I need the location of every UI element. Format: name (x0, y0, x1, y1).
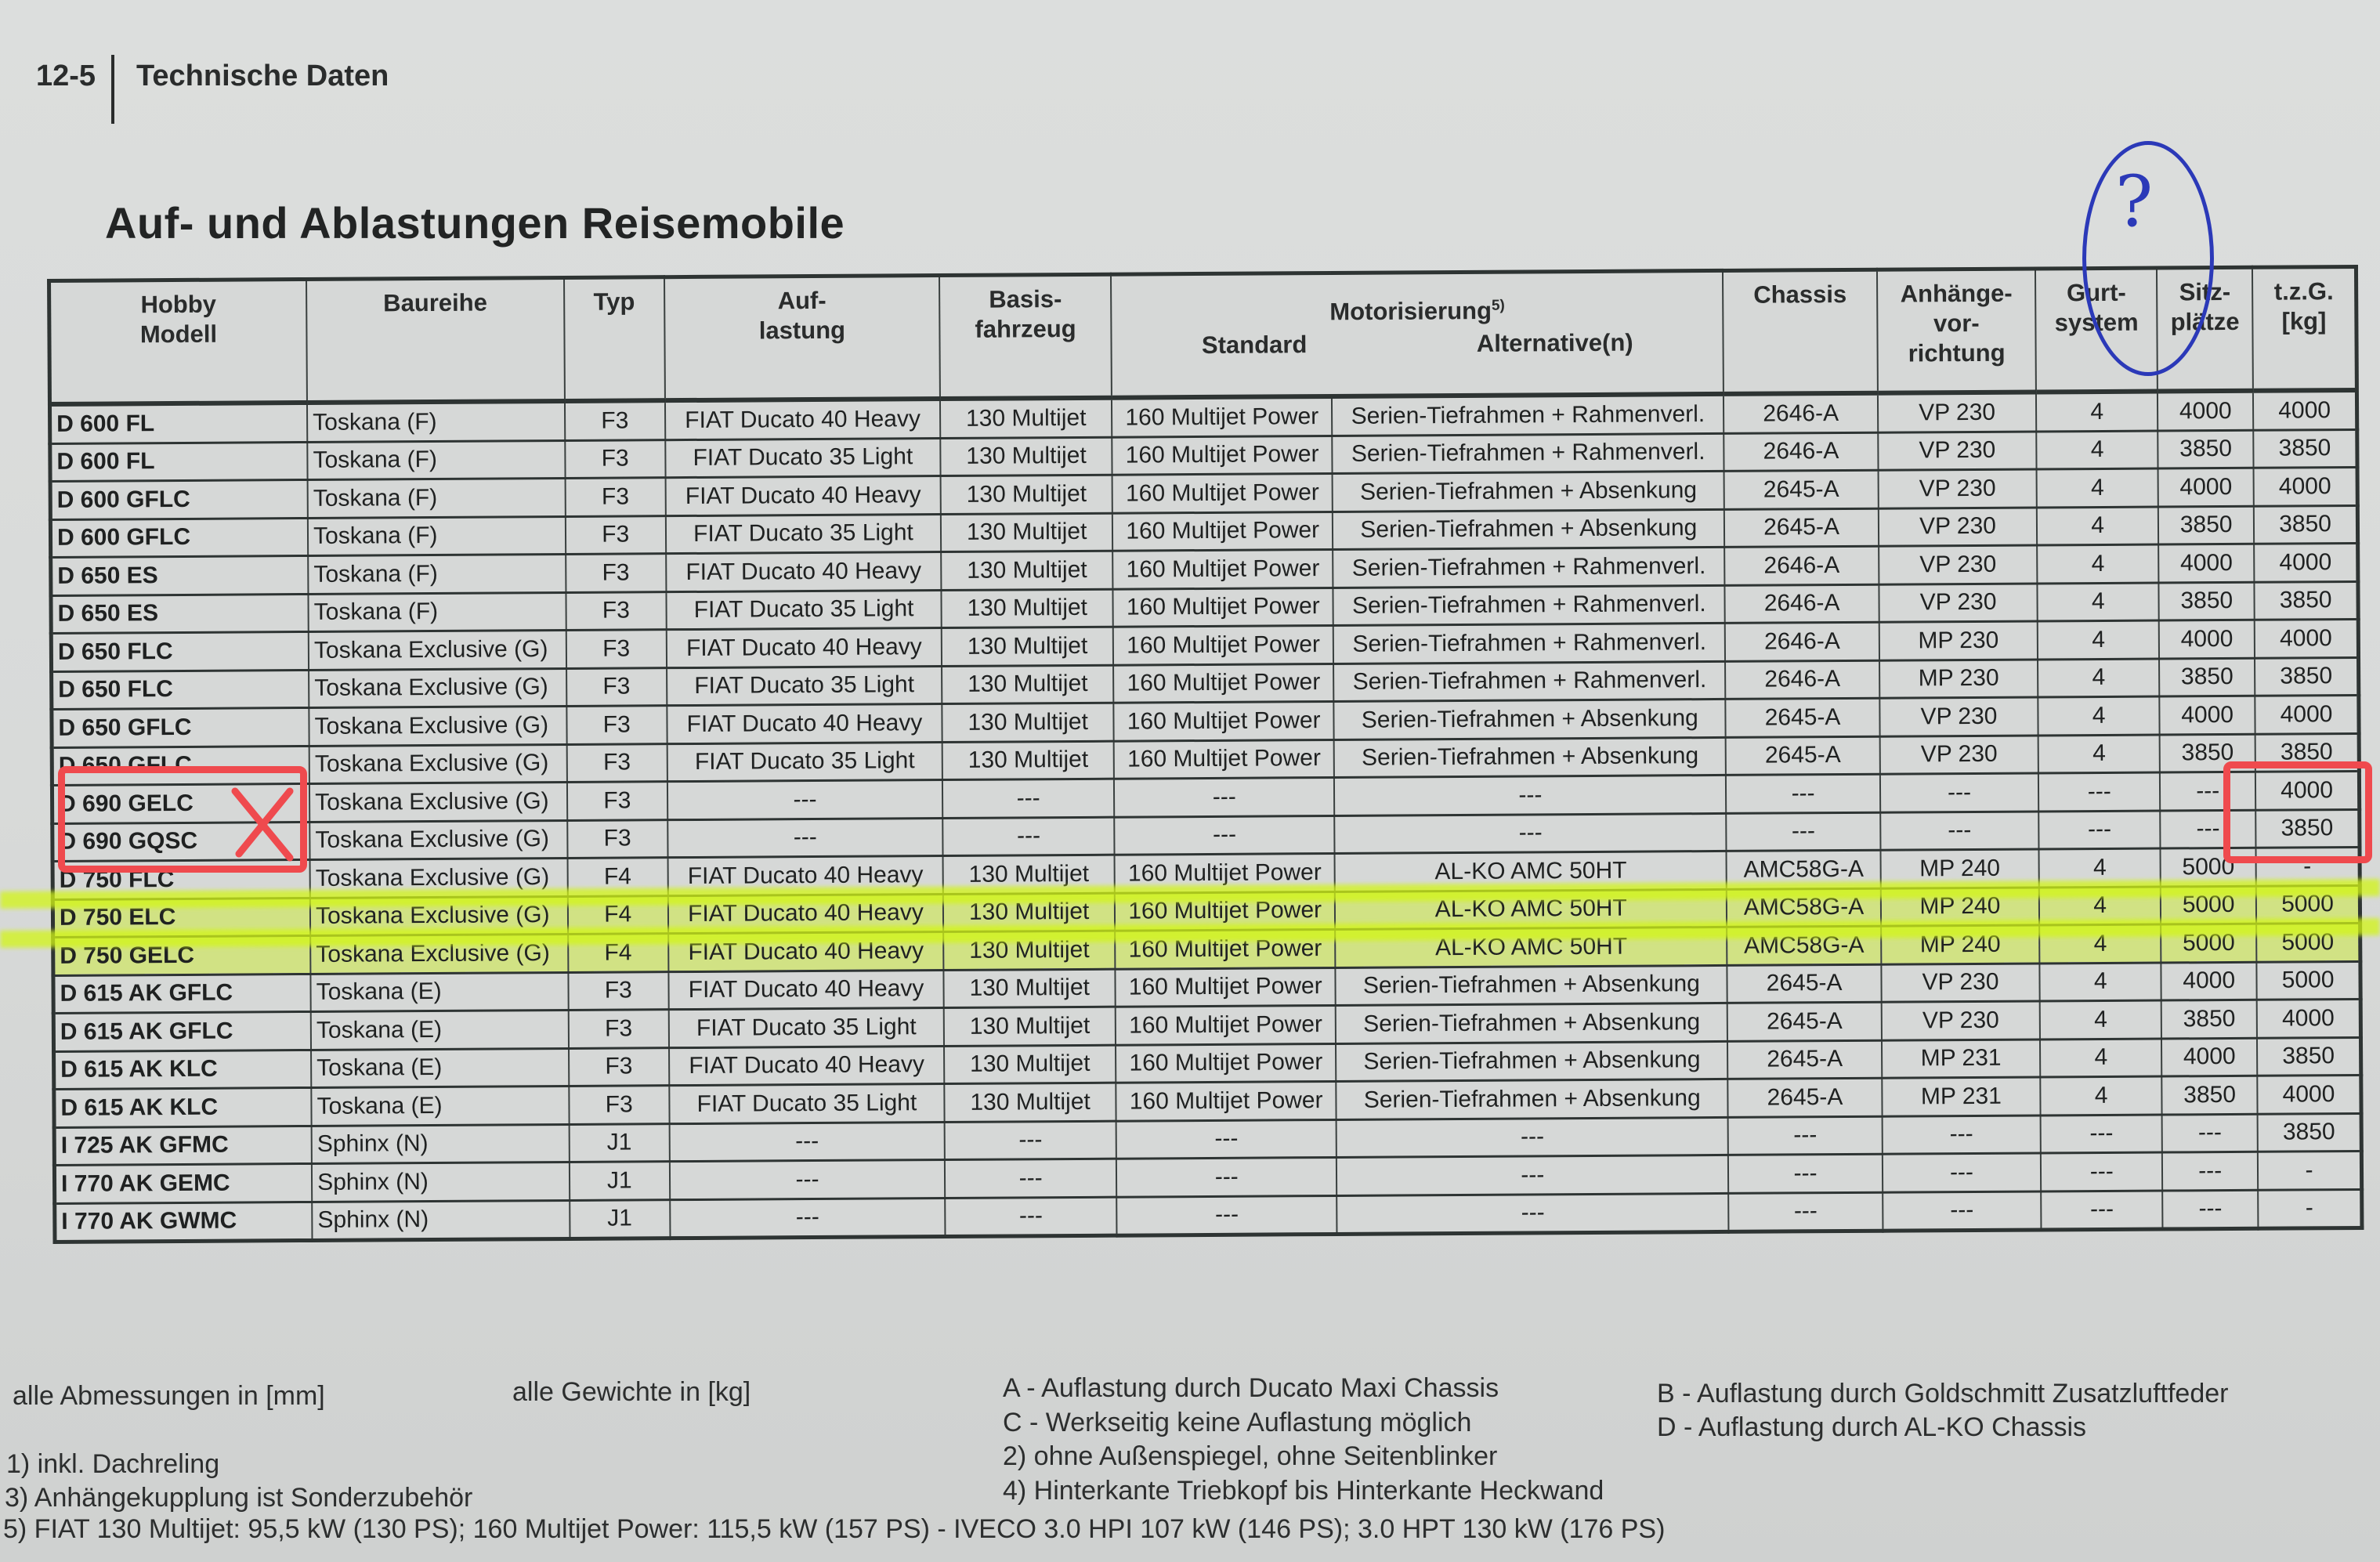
cell-chassis: --- (1728, 1154, 1883, 1193)
cell-chassis: --- (1728, 1116, 1883, 1155)
col-motorisierung: Motorisierung5) Standard Alternative(n) (1111, 270, 1724, 397)
cell-sitz: 3850 (2159, 582, 2255, 620)
cell-typ: F3 (566, 554, 666, 592)
cell-basis: 130 Multijet (942, 703, 1113, 742)
cell-auflastung: --- (670, 1160, 946, 1200)
cell-basis: 130 Multijet (940, 398, 1112, 438)
cell-tzg: 4000 (2257, 1075, 2361, 1113)
cell-standard: 160 Multijet Power (1114, 739, 1334, 779)
cell-modell: D 615 AK KLC (54, 1050, 312, 1090)
cell-auflastung: FIAT Ducato 35 Light (665, 438, 941, 478)
table-header-row: Hobby Modell Baureihe Typ Auf- lastung B… (49, 266, 2357, 403)
cell-tzg: 4000 (2254, 543, 2358, 581)
cell-anhaenge: VP 230 (1879, 697, 2038, 736)
cell-gurt: --- (2041, 1152, 2162, 1191)
note-b: B - Auflastung durch Goldschmitt Zusatzl… (1657, 1379, 2228, 1409)
cell-standard: 160 Multijet Power (1113, 663, 1333, 703)
note-4: 4) Hinterkante Triebkopf bis Hinterkante… (1003, 1476, 1604, 1506)
cell-typ: F3 (566, 515, 666, 554)
cell-basis: 130 Multijet (941, 551, 1112, 590)
note-2: 2) ohne Außenspiegel, ohne Seitenblinker (1003, 1441, 1497, 1472)
cell-auflastung: FIAT Ducato 35 Light (666, 590, 942, 630)
cell-baureihe: Toskana (F) (307, 401, 565, 442)
cell-standard: 160 Multijet Power (1113, 625, 1333, 664)
cell-alternative: Serien-Tiefrahmen + Rahmenverl. (1333, 547, 1724, 588)
cell-auflastung: FIAT Ducato 40 Heavy (666, 552, 942, 592)
cell-alternative: Serien-Tiefrahmen + Absenkung (1336, 1079, 1728, 1119)
cell-anhaenge: VP 230 (1879, 583, 2038, 622)
red-box-tzg-values (2223, 761, 2372, 863)
cell-chassis: 2645-A (1724, 470, 1879, 509)
cell-baureihe: Toskana (E) (311, 972, 569, 1012)
cell-gurt: --- (2041, 1191, 2162, 1230)
cell-alternative: Serien-Tiefrahmen + Rahmenverl. (1333, 661, 1725, 702)
cell-alternative: Serien-Tiefrahmen + Absenkung (1336, 1003, 1727, 1043)
section-title: Technische Daten (136, 60, 389, 93)
cell-alternative: Serien-Tiefrahmen + Absenkung (1336, 1041, 1727, 1082)
cell-anhaenge: MP 230 (1879, 621, 2038, 660)
cell-standard: 160 Multijet Power (1112, 436, 1332, 475)
cell-gurt: 4 (2037, 468, 2158, 507)
cell-chassis: 2645-A (1727, 964, 1882, 1003)
cell-alternative: Serien-Tiefrahmen + Rahmenverl. (1333, 433, 1724, 474)
cell-typ: F3 (565, 439, 665, 478)
cell-alternative: --- (1336, 1155, 1728, 1195)
cell-auflastung: --- (667, 818, 943, 858)
cell-auflastung: FIAT Ducato 40 Heavy (667, 704, 942, 744)
cell-standard: 160 Multijet Power (1116, 1043, 1336, 1083)
note-c: C - Werkseitig keine Auflastung möglich (1003, 1408, 1471, 1438)
cell-basis: --- (945, 1197, 1116, 1237)
cell-sitz: 4000 (2158, 468, 2254, 506)
cell-gurt: 4 (2038, 583, 2159, 621)
cell-tzg: 4000 (2255, 619, 2359, 657)
cell-baureihe: Sphinx (N) (312, 1162, 570, 1202)
cell-alternative: Serien-Tiefrahmen + Rahmenverl. (1332, 394, 1724, 436)
note-3: 3) Anhängekupplung ist Sonderzubehör (5, 1483, 472, 1513)
cell-chassis: --- (1727, 812, 1881, 852)
cell-gurt: 4 (2036, 392, 2158, 432)
cell-modell: D 615 AK GFLC (53, 1011, 311, 1051)
header-divider (111, 55, 114, 124)
cell-typ: F3 (568, 971, 668, 1010)
cell-tzg: 5000 (2257, 961, 2361, 1000)
cell-auflastung: FIAT Ducato 35 Light (667, 666, 942, 706)
cell-baureihe: Toskana Exclusive (G) (309, 782, 567, 822)
cell-standard: --- (1114, 777, 1334, 816)
cell-sitz: 4000 (2158, 391, 2253, 431)
cell-basis: --- (945, 1121, 1116, 1160)
cell-modell: D 650 FLC (52, 670, 309, 710)
col-auflastung: Auf- lastung (664, 276, 940, 401)
cell-tzg: 4000 (2255, 695, 2359, 733)
cell-sitz: 4000 (2161, 962, 2257, 1000)
cell-alternative: --- (1334, 813, 1726, 854)
motor-alternative-label: Alternative(n) (1477, 328, 1633, 359)
cell-gurt: 4 (2038, 696, 2160, 735)
cell-chassis: 2645-A (1727, 1002, 1882, 1041)
cell-modell: D 600 GFLC (50, 479, 308, 519)
cell-gurt: 4 (2037, 544, 2158, 583)
cell-basis: 130 Multijet (944, 1007, 1116, 1046)
cell-baureihe: Toskana (F) (309, 592, 566, 632)
cell-auflastung: FIAT Ducato 35 Light (667, 742, 942, 782)
weights-note: alle Gewichte in [kg] (512, 1377, 751, 1408)
cell-anhaenge: VP 230 (1879, 735, 2038, 774)
cell-sitz: --- (2162, 1152, 2258, 1190)
cell-chassis: --- (1729, 1192, 1883, 1232)
cell-modell: D 600 GFLC (50, 518, 308, 558)
page-number: 12-5 (36, 60, 96, 93)
cell-anhaenge: --- (1880, 811, 2039, 850)
cell-baureihe: Toskana Exclusive (G) (309, 668, 566, 708)
cell-basis: 130 Multijet (941, 475, 1112, 514)
cell-auflastung: FIAT Ducato 40 Heavy (665, 476, 941, 516)
footnote-ref: 5) (1492, 298, 1505, 314)
red-cross-icon (227, 783, 298, 862)
cell-sitz: 4000 (2160, 696, 2255, 734)
cell-auflastung: FIAT Ducato 35 Light (666, 514, 942, 554)
cell-chassis: 2646-A (1725, 546, 1879, 585)
question-mark-icon: ? (2115, 161, 2153, 243)
cell-chassis: 2645-A (1727, 1040, 1882, 1079)
cell-sitz: 4000 (2158, 544, 2254, 582)
cell-basis: 130 Multijet (944, 969, 1116, 1008)
cell-sitz: 3850 (2161, 1000, 2257, 1038)
load-table: Hobby Modell Baureihe Typ Auf- lastung B… (47, 265, 2364, 1244)
cell-sitz: --- (2162, 1114, 2258, 1152)
cell-alternative: --- (1334, 775, 1726, 815)
col-tzg: t.z.G. [kg] (2252, 266, 2356, 390)
cell-modell: D 650 ES (51, 555, 309, 595)
cell-alternative: --- (1336, 1193, 1728, 1235)
cell-alternative: Serien-Tiefrahmen + Rahmenverl. (1333, 585, 1725, 626)
cell-tzg: - (2258, 1151, 2362, 1189)
cell-modell: I 770 AK GWMC (55, 1202, 313, 1242)
cell-anhaenge: MP 231 (1882, 1039, 2041, 1078)
cell-standard: --- (1116, 1119, 1336, 1159)
cell-typ: F3 (566, 667, 667, 706)
note-5: 5) FIAT 130 Multijet: 95,5 kW (130 PS); … (3, 1514, 1665, 1545)
cell-modell: D 600 FL (49, 403, 307, 443)
cell-baureihe: Toskana (F) (307, 440, 565, 480)
cell-standard: 160 Multijet Power (1114, 701, 1334, 740)
cell-baureihe: Toskana (F) (308, 554, 566, 594)
cell-modell: I 770 AK GEMC (54, 1163, 312, 1203)
cell-baureihe: Toskana (E) (311, 1048, 569, 1088)
cell-chassis: 2646-A (1725, 622, 1879, 661)
cell-chassis: 2645-A (1726, 698, 1880, 737)
cell-chassis: 2646-A (1724, 432, 1879, 472)
cell-modell: D 650 ES (51, 594, 309, 634)
col-baureihe: Baureihe (306, 277, 565, 403)
cell-basis: 130 Multijet (942, 627, 1113, 666)
cell-basis: --- (942, 779, 1114, 818)
cell-auflastung: FIAT Ducato 35 Light (669, 1008, 945, 1048)
cell-standard: 160 Multijet Power (1116, 1081, 1336, 1120)
cell-gurt: --- (2038, 811, 2160, 849)
cell-basis: 130 Multijet (942, 589, 1113, 628)
cell-tzg: 3850 (2258, 1113, 2362, 1152)
cell-basis: 130 Multijet (942, 741, 1114, 780)
cell-standard: --- (1116, 1195, 1336, 1235)
load-table-container: Hobby Modell Baureihe Typ Auf- lastung B… (47, 265, 2364, 1244)
note-a: A - Auflastung durch Ducato Maxi Chassis (1003, 1373, 1499, 1404)
cell-alternative: Serien-Tiefrahmen + Absenkung (1334, 737, 1726, 778)
cell-auflastung: FIAT Ducato 35 Light (669, 1084, 945, 1124)
page-title: Auf- und Ablastungen Reisemobile (105, 197, 845, 248)
cell-typ: F3 (566, 706, 667, 744)
cell-anhaenge: VP 230 (1878, 431, 2037, 470)
cell-chassis: 2645-A (1724, 508, 1879, 548)
cell-anhaenge: VP 230 (1878, 392, 2037, 432)
cell-tzg: - (2258, 1189, 2362, 1228)
cell-gurt: 4 (2038, 620, 2159, 659)
cell-gurt: 4 (2040, 963, 2161, 1001)
cell-gurt: --- (2041, 1115, 2162, 1153)
cell-baureihe: Toskana (E) (311, 1010, 569, 1050)
cell-modell: D 650 GFLC (52, 707, 309, 747)
cell-standard: 160 Multijet Power (1113, 588, 1333, 627)
cell-baureihe: Sphinx (N) (312, 1200, 570, 1241)
cell-standard: 160 Multijet Power (1116, 967, 1336, 1007)
cell-standard: 160 Multijet Power (1112, 512, 1333, 551)
cell-modell: D 650 FLC (51, 631, 309, 671)
cell-gurt: 4 (2038, 659, 2159, 697)
cell-typ: F3 (568, 1010, 668, 1048)
cell-baureihe: Toskana Exclusive (G) (309, 744, 567, 784)
cell-typ: F3 (567, 782, 667, 820)
cell-tzg: 3850 (2255, 581, 2359, 620)
cell-tzg: 3850 (2257, 1037, 2361, 1076)
cell-sitz: --- (2162, 1190, 2258, 1229)
cell-baureihe: Sphinx (N) (312, 1124, 570, 1164)
cell-tzg: 4000 (2254, 467, 2358, 505)
cell-baureihe: Toskana (E) (311, 1086, 569, 1126)
cell-auflastung: --- (669, 1122, 945, 1162)
cell-anhaenge: VP 230 (1881, 963, 2040, 1002)
note-d: D - Auflastung durch AL-KO Chassis (1657, 1412, 2086, 1443)
cell-typ: F3 (566, 630, 666, 668)
cell-anhaenge: VP 230 (1879, 507, 2038, 546)
cell-baureihe: Toskana Exclusive (G) (309, 820, 567, 860)
cell-tzg: 3850 (2253, 429, 2357, 468)
cell-chassis: 2646-A (1725, 660, 1879, 700)
cell-chassis: 2646-A (1724, 393, 1878, 433)
cell-sitz: 4000 (2159, 620, 2255, 658)
cell-auflastung: FIAT Ducato 40 Heavy (667, 628, 942, 668)
cell-anhaenge: MP 230 (1879, 659, 2038, 698)
cell-gurt: 4 (2037, 507, 2158, 545)
cell-standard: 160 Multijet Power (1112, 549, 1333, 588)
cell-typ: J1 (570, 1199, 670, 1238)
cell-sitz: 3850 (2159, 658, 2255, 696)
cell-typ: J1 (569, 1123, 669, 1162)
cell-tzg: 4000 (2253, 390, 2357, 430)
cell-typ: J1 (570, 1162, 670, 1200)
cell-anhaenge: --- (1883, 1153, 2042, 1192)
cell-typ: F3 (565, 400, 665, 440)
cell-typ: F3 (569, 1086, 669, 1124)
col-modell: Hobby Modell (49, 279, 308, 404)
cell-anhaenge: --- (1882, 1115, 2041, 1154)
cell-baureihe: Toskana (F) (308, 516, 566, 556)
col-anhaenge: Anhänge- vor- richtung (1877, 269, 2036, 393)
cell-auflastung: --- (670, 1198, 946, 1238)
cell-alternative: Serien-Tiefrahmen + Absenkung (1334, 699, 1726, 739)
cell-typ: F3 (569, 1047, 669, 1086)
cell-gurt: 4 (2037, 431, 2158, 469)
cell-basis: --- (945, 1159, 1116, 1198)
cell-standard: 160 Multijet Power (1112, 473, 1333, 512)
cell-sitz: 3850 (2162, 1076, 2258, 1114)
cell-chassis: 2645-A (1726, 736, 1880, 776)
dimensions-note: alle Abmessungen in [mm] (13, 1381, 325, 1412)
cell-tzg: 4000 (2257, 999, 2361, 1037)
cell-basis: 130 Multijet (941, 513, 1112, 552)
cell-alternative: Serien-Tiefrahmen + Absenkung (1336, 965, 1727, 1006)
cell-anhaenge: VP 230 (1881, 1001, 2040, 1040)
cell-typ: F3 (566, 743, 667, 782)
cell-baureihe: Toskana (F) (308, 478, 566, 518)
cell-tzg: 3850 (2254, 505, 2358, 544)
cell-modell: D 615 AK KLC (54, 1087, 312, 1127)
cell-standard: --- (1114, 815, 1334, 855)
cell-sitz: 3850 (2158, 430, 2253, 468)
cell-anhaenge: --- (1880, 773, 2039, 812)
cell-typ: F3 (566, 591, 666, 630)
cell-anhaenge: VP 230 (1879, 545, 2038, 584)
col-typ: Typ (564, 277, 665, 401)
cell-gurt: 4 (2041, 1076, 2162, 1115)
cell-auflastung: FIAT Ducato 40 Heavy (665, 399, 941, 439)
cell-typ: F3 (567, 819, 667, 858)
motor-standard-label: Standard (1202, 331, 1308, 361)
cell-modell: D 600 FL (50, 442, 308, 482)
cell-auflastung: --- (667, 780, 943, 820)
cell-alternative: Serien-Tiefrahmen + Absenkung (1333, 471, 1724, 512)
cell-baureihe: Toskana Exclusive (G) (309, 630, 566, 670)
cell-modell: I 725 AK GFMC (54, 1126, 312, 1166)
col-basisfahrzeug: Basis- fahrzeug (939, 274, 1112, 399)
cell-alternative: Serien-Tiefrahmen + Absenkung (1333, 509, 1724, 550)
note-1: 1) inkl. Dachreling (6, 1449, 219, 1480)
cell-baureihe: Toskana Exclusive (G) (309, 706, 566, 746)
cell-standard: 160 Multijet Power (1112, 396, 1332, 437)
cell-chassis: --- (1726, 774, 1880, 813)
cell-auflastung: FIAT Ducato 40 Heavy (668, 970, 944, 1010)
table-body: D 600 FLToskana (F)F3FIAT Ducato 40 Heav… (49, 390, 2361, 1242)
cell-anhaenge: MP 231 (1882, 1077, 2041, 1116)
cell-basis: 130 Multijet (944, 1083, 1116, 1122)
cell-anhaenge: VP 230 (1878, 469, 2037, 508)
cell-gurt: 4 (2040, 1000, 2161, 1039)
cell-basis: --- (942, 817, 1114, 856)
cell-gurt: 4 (2038, 735, 2160, 773)
cell-alternative: Serien-Tiefrahmen + Rahmenverl. (1333, 623, 1725, 663)
cell-auflastung: FIAT Ducato 40 Heavy (669, 1046, 945, 1086)
cell-gurt: --- (2038, 772, 2160, 811)
cell-chassis: 2646-A (1725, 584, 1879, 624)
cell-typ: F3 (565, 478, 665, 516)
cell-sitz: 3850 (2158, 506, 2254, 544)
cell-modell: D 615 AK GFLC (53, 974, 311, 1014)
cell-standard: --- (1116, 1157, 1336, 1196)
cell-sitz: 4000 (2161, 1038, 2257, 1076)
cell-anhaenge: --- (1883, 1191, 2042, 1231)
cell-gurt: 4 (2040, 1039, 2161, 1077)
cell-basis: 130 Multijet (940, 437, 1112, 476)
cell-alternative: --- (1336, 1117, 1728, 1158)
cell-basis: 130 Multijet (942, 665, 1113, 704)
cell-tzg: 3850 (2255, 657, 2359, 696)
cell-standard: 160 Multijet Power (1116, 1005, 1336, 1044)
cell-chassis: 2645-A (1728, 1078, 1883, 1117)
motorisierung-label: Motorisierung (1329, 297, 1492, 325)
cell-basis: 130 Multijet (944, 1045, 1116, 1084)
col-chassis: Chassis (1723, 269, 1877, 394)
